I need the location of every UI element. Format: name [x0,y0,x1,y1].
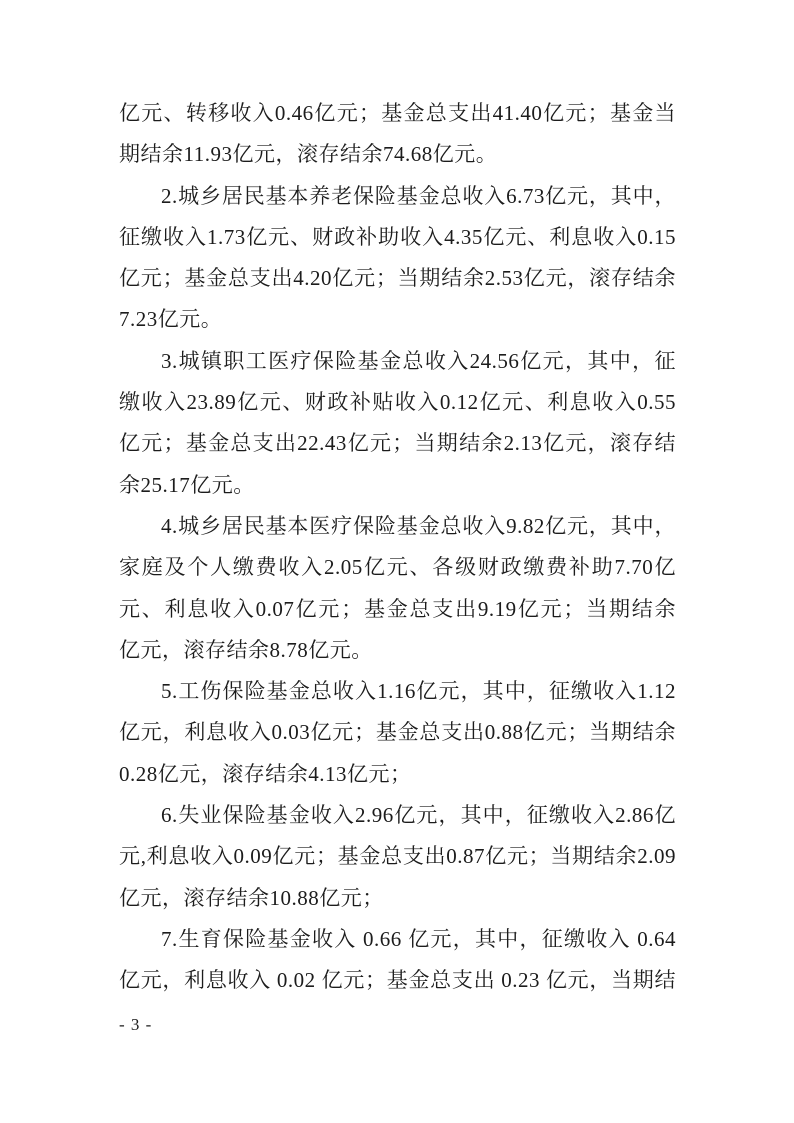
text-line: 期结余11.93亿元，滚存结余74.68亿元。 [119,134,676,175]
text-line: 征缴收入1.73亿元、财政补助收入4.35亿元、利息收入0.15 [119,217,676,258]
text-line: 亿元、转移收入0.46亿元；基金总支出41.40亿元；基金当 [119,93,676,134]
text-line: 元,利息收入0.09亿元；基金总支出0.87亿元；当期结余2.09 [119,836,676,877]
page-number: - 3 - [119,1013,152,1037]
document-page: 亿元、转移收入0.46亿元；基金总支出41.40亿元；基金当 期结余11.93亿… [0,0,794,1123]
text-line: 0.28亿元，滚存结余4.13亿元； [119,754,676,795]
text-line: 亿元，利息收入 0.02 亿元；基金总支出 0.23 亿元，当期结 [119,960,676,1001]
text-line: 亿元；基金总支出22.43亿元；当期结余2.13亿元，滚存结 [119,423,676,464]
paragraph-continued: 亿元、转移收入0.46亿元；基金总支出41.40亿元；基金当 期结余11.93亿… [119,93,676,176]
text-line: 缴收入23.89亿元、财政补贴收入0.12亿元、利息收入0.55 [119,382,676,423]
text-line: 元、利息收入0.07亿元；基金总支出9.19亿元；当期结余0.63 [119,589,676,630]
paragraph-item-2: 2.城乡居民基本养老保险基金总收入6.73亿元，其中， 征缴收入1.73亿元、财… [119,176,676,341]
paragraph-item-3: 3.城镇职工医疗保险基金总收入24.56亿元，其中，征 缴收入23.89亿元、财… [119,341,676,506]
text-line: 亿元，滚存结余8.78亿元。 [119,630,676,671]
paragraph-item-4: 4.城乡居民基本医疗保险基金总收入9.82亿元，其中， 家庭及个人缴费收入2.0… [119,506,676,671]
text-line: 3.城镇职工医疗保险基金总收入24.56亿元，其中，征 [119,341,676,382]
text-line: 家庭及个人缴费收入2.05亿元、各级财政缴费补助7.70亿 [119,547,676,588]
text-line: 7.生育保险基金收入 0.66 亿元，其中，征缴收入 0.64 [119,919,676,960]
text-line: 余25.17亿元。 [119,465,676,506]
paragraph-item-5: 5.工伤保险基金总收入1.16亿元，其中，征缴收入1.12 亿元，利息收入0.0… [119,671,676,795]
text-line: 6.失业保险基金收入2.96亿元，其中，征缴收入2.86亿 [119,795,676,836]
text-line: 亿元，滚存结余10.88亿元； [119,878,676,919]
text-line: 2.城乡居民基本养老保险基金总收入6.73亿元，其中， [119,176,676,217]
text-line: 5.工伤保险基金总收入1.16亿元，其中，征缴收入1.12 [119,671,676,712]
text-line: 亿元，利息收入0.03亿元；基金总支出0.88亿元；当期结余 [119,712,676,753]
document-body: 亿元、转移收入0.46亿元；基金总支出41.40亿元；基金当 期结余11.93亿… [119,93,676,1002]
text-line: 4.城乡居民基本医疗保险基金总收入9.82亿元，其中， [119,506,676,547]
paragraph-item-6: 6.失业保险基金收入2.96亿元，其中，征缴收入2.86亿 元,利息收入0.09… [119,795,676,919]
paragraph-item-7: 7.生育保险基金收入 0.66 亿元，其中，征缴收入 0.64 亿元，利息收入 … [119,919,676,1002]
text-line: 亿元；基金总支出4.20亿元；当期结余2.53亿元，滚存结余 [119,258,676,299]
text-line: 7.23亿元。 [119,299,676,340]
